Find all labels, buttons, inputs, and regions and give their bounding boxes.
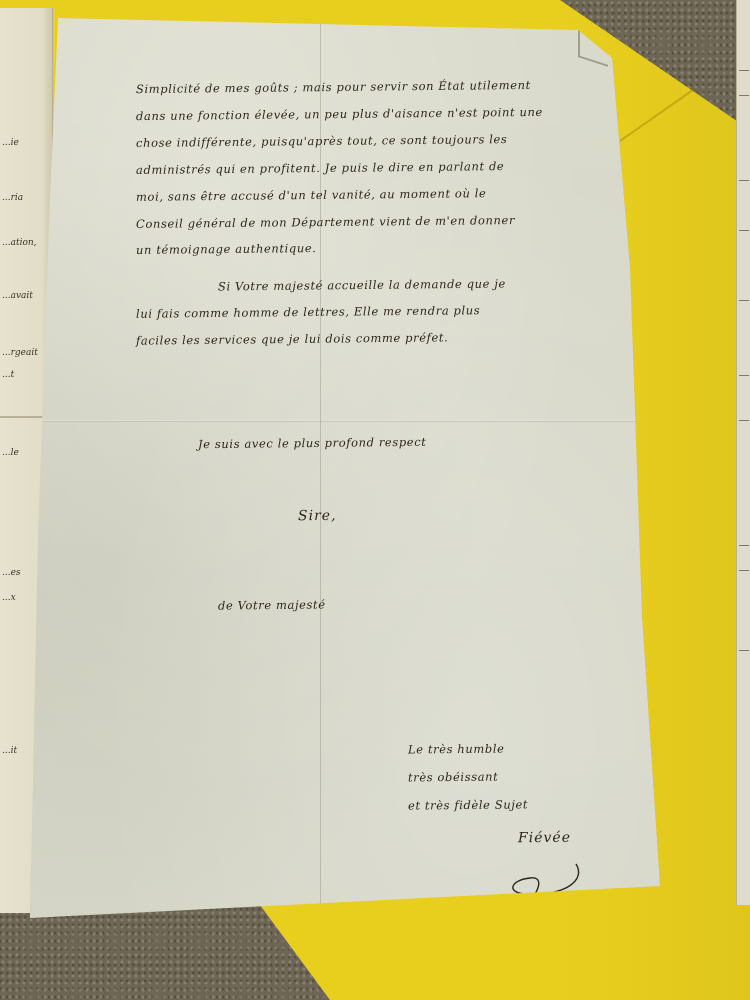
left-fragment: ...es (2, 568, 21, 578)
closing-majesty: de Votre majesté (218, 597, 326, 612)
signature: Fiévée (518, 830, 571, 847)
signoff-line: très obéissant (408, 770, 498, 785)
left-fragment: ...rgeait (2, 348, 38, 358)
left-fragment: ...x (2, 593, 16, 603)
closing-sire: Sire, (298, 508, 337, 524)
body-line: un témoignage authentique. (136, 241, 317, 257)
letter-sheet: Simplicité de mes goûts ; mais pour serv… (30, 18, 660, 918)
left-fragment: ...ria (2, 193, 23, 203)
adjacent-page-right (736, 0, 750, 905)
closing-respect: Je suis avec le plus profond respect (198, 435, 427, 451)
left-fragment: ...it (2, 746, 17, 756)
left-fragment: ...ie (2, 138, 19, 148)
left-fragment: ...avait (2, 291, 33, 301)
signoff-line: et très fidèle Sujet (408, 797, 528, 812)
left-fragment: ...t (2, 370, 14, 380)
horizontal-fold (30, 420, 660, 422)
left-fragment: ...ation, (2, 238, 37, 248)
left-fragment: ...le (2, 448, 19, 458)
signoff-line: Le très humble (408, 741, 505, 756)
vertical-fold (320, 18, 321, 918)
